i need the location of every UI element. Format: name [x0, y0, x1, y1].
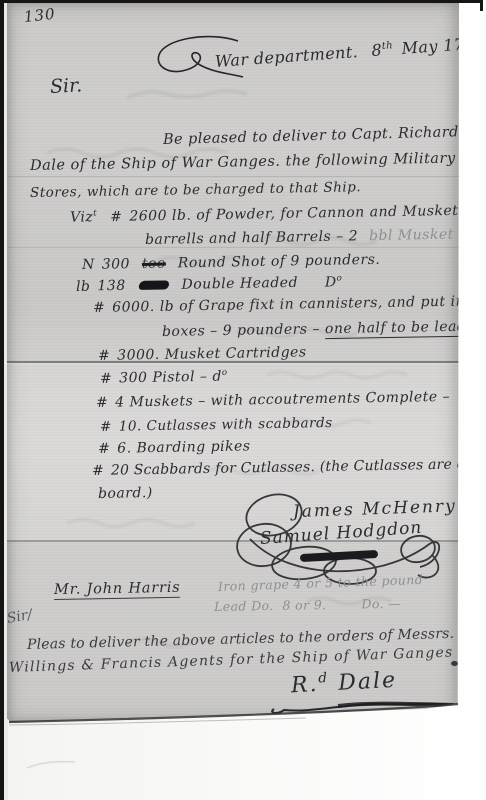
ditto: d: [212, 369, 222, 385]
item-qty: 300: [102, 256, 131, 272]
scanned-document: 130 War department. 8th May 1798 Sir. Be…: [0, 0, 486, 800]
check-mark: #: [98, 441, 111, 457]
ditto: D: [325, 274, 337, 290]
item-scabbards-line-2: board.): [98, 485, 153, 502]
top-right-scan-edge: [480, 0, 483, 11]
sig-initial: R.: [290, 672, 319, 698]
letter-page: 130 War department. 8th May 1798 Sir. Be…: [7, 3, 459, 722]
ink-dot: [451, 661, 458, 666]
sig-name: Dale: [338, 668, 398, 696]
signature-dale: R.d Dale: [290, 666, 397, 698]
top-scan-edge: [0, 0, 483, 3]
check-mark: #: [110, 209, 123, 225]
item-text: Double Headed: [181, 275, 298, 293]
check-mark: #: [92, 463, 104, 479]
salutation: Sir.: [49, 74, 82, 98]
check-mark: #: [100, 370, 113, 386]
fold-line: [7, 176, 459, 177]
pencil-annotation: bbl Musket: [369, 227, 454, 244]
check-mark: #: [100, 419, 112, 435]
folio-number: 130: [23, 5, 56, 26]
dateline-ordinal: th: [381, 40, 393, 52]
item-text: 3000. Musket Cartridges: [117, 344, 307, 363]
check-mark: N: [82, 257, 95, 273]
item-text: 300 Pistol –: [119, 369, 212, 387]
item-pistol: #300 Pistol – do: [100, 368, 228, 387]
viz-sup: t: [93, 209, 97, 219]
paper-bottom-edge: [6, 698, 462, 728]
sig-sup: d: [318, 670, 330, 687]
item-boarding-pikes: #6. Boarding pikes: [98, 438, 251, 457]
struck-word: too: [142, 256, 166, 272]
check-mark: #: [98, 348, 111, 364]
ditto-sup: o: [337, 273, 343, 283]
check-mark: #: [93, 300, 106, 316]
check-mark: lb: [76, 278, 91, 294]
docket-addressee: Mr. John Harris: [54, 580, 181, 600]
viz-label: Viz: [70, 209, 93, 225]
underlined-phrase: one half to be lead: [325, 319, 467, 339]
item-text: boxes – 9 pounders –: [162, 321, 325, 340]
fold-line: [7, 247, 459, 248]
pencil-stray-mark: [25, 758, 85, 772]
ink-blot: [137, 281, 170, 291]
check-mark: #: [96, 395, 109, 411]
item-qty: 138: [97, 278, 126, 294]
item-text: 6. Boarding pikes: [117, 438, 251, 456]
ditto-sup: o: [222, 368, 228, 378]
